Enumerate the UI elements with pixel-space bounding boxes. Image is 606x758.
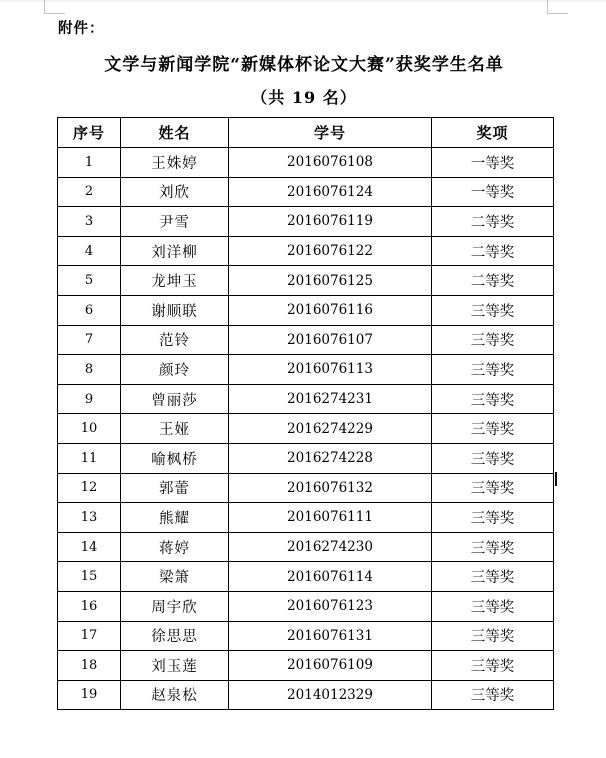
cell-name: 梁箫 xyxy=(121,562,229,592)
cell-award: 二等奖 xyxy=(432,207,554,237)
cell-student-id: 2014012329 xyxy=(229,680,432,710)
cell-name: 赵泉松 xyxy=(121,680,229,710)
cell-index: 5 xyxy=(58,266,121,296)
cell-student-id: 2016076125 xyxy=(229,266,432,296)
cell-index: 18 xyxy=(58,651,121,681)
cell-index: 7 xyxy=(58,325,121,355)
cell-name: 刘玉莲 xyxy=(121,651,229,681)
cell-award: 三等奖 xyxy=(432,562,554,592)
table-header-row: 序号 姓名 学号 奖项 xyxy=(58,118,554,148)
cell-name: 周宇欣 xyxy=(121,591,229,621)
margin-crop-mark-right xyxy=(547,0,568,14)
table-row: 13熊耀2016076111三等奖 xyxy=(58,503,554,533)
table-row: 19赵泉松2014012329三等奖 xyxy=(58,680,554,710)
cell-award: 三等奖 xyxy=(432,651,554,681)
cell-award: 三等奖 xyxy=(432,384,554,414)
cell-award: 三等奖 xyxy=(432,591,554,621)
cell-award: 三等奖 xyxy=(432,532,554,562)
cell-index: 8 xyxy=(58,355,121,385)
table-row: 10王娅2016274229三等奖 xyxy=(58,414,554,444)
text-cursor xyxy=(555,472,557,486)
cell-student-id: 2016076122 xyxy=(229,236,432,266)
document-subtitle: （共 19 名） xyxy=(44,85,564,108)
margin-crop-mark-left xyxy=(44,0,65,14)
cell-name: 郭蕾 xyxy=(121,473,229,503)
table-row: 17徐思思2016076131三等奖 xyxy=(58,621,554,651)
table-row: 15梁箫2016076114三等奖 xyxy=(58,562,554,592)
cell-student-id: 2016076131 xyxy=(229,621,432,651)
cell-name: 范铃 xyxy=(121,325,229,355)
cell-student-id: 2016076119 xyxy=(229,207,432,237)
award-winners-table: 序号 姓名 学号 奖项 1王姝婷2016076108一等奖2刘欣20160761… xyxy=(57,117,554,710)
cell-award: 二等奖 xyxy=(432,236,554,266)
cell-student-id: 2016076116 xyxy=(229,295,432,325)
cell-index: 11 xyxy=(58,443,121,473)
cell-student-id: 2016076111 xyxy=(229,503,432,533)
cell-student-id: 2016274228 xyxy=(229,443,432,473)
cell-name: 刘洋柳 xyxy=(121,236,229,266)
cell-award: 三等奖 xyxy=(432,473,554,503)
cell-student-id: 2016076108 xyxy=(229,148,432,178)
table-row: 7范铃2016076107三等奖 xyxy=(58,325,554,355)
cell-index: 10 xyxy=(58,414,121,444)
cell-index: 13 xyxy=(58,503,121,533)
cell-index: 19 xyxy=(58,680,121,710)
cell-index: 12 xyxy=(58,473,121,503)
table-row: 11喻枫桥2016274228三等奖 xyxy=(58,443,554,473)
cell-index: 1 xyxy=(58,148,121,178)
cell-index: 3 xyxy=(58,207,121,237)
cell-name: 王娅 xyxy=(121,414,229,444)
table-row: 3尹雪2016076119二等奖 xyxy=(58,207,554,237)
cell-index: 9 xyxy=(58,384,121,414)
document-page: { "page": { "attachment_label": "附件：", "… xyxy=(0,0,606,758)
cell-student-id: 2016076132 xyxy=(229,473,432,503)
cell-name: 喻枫桥 xyxy=(121,443,229,473)
cell-name: 曾丽莎 xyxy=(121,384,229,414)
header-award: 奖项 xyxy=(432,118,554,148)
header-student-id: 学号 xyxy=(229,118,432,148)
cell-award: 三等奖 xyxy=(432,443,554,473)
attachment-label: 附件： xyxy=(58,17,105,38)
cell-award: 三等奖 xyxy=(432,325,554,355)
cell-name: 熊耀 xyxy=(121,503,229,533)
header-index: 序号 xyxy=(58,118,121,148)
cell-name: 龙坤玉 xyxy=(121,266,229,296)
document-title: 文学与新闻学院“新媒体杯论文大赛”获奖学生名单 xyxy=(44,50,564,75)
table-row: 2刘欣2016076124一等奖 xyxy=(58,177,554,207)
cell-student-id: 2016274229 xyxy=(229,414,432,444)
cell-student-id: 2016274230 xyxy=(229,532,432,562)
table-body: 1王姝婷2016076108一等奖2刘欣2016076124一等奖3尹雪2016… xyxy=(58,148,554,710)
cell-index: 14 xyxy=(58,532,121,562)
cell-index: 16 xyxy=(58,591,121,621)
table-row: 6谢顺联2016076116三等奖 xyxy=(58,295,554,325)
cell-award: 三等奖 xyxy=(432,414,554,444)
table-row: 5龙坤玉2016076125二等奖 xyxy=(58,266,554,296)
cell-name: 颜玲 xyxy=(121,355,229,385)
cell-index: 17 xyxy=(58,621,121,651)
cell-award: 三等奖 xyxy=(432,295,554,325)
cell-award: 三等奖 xyxy=(432,355,554,385)
cell-student-id: 2016076109 xyxy=(229,651,432,681)
cell-student-id: 2016076107 xyxy=(229,325,432,355)
table-row: 14蒋婷2016274230三等奖 xyxy=(58,532,554,562)
table-row: 8颜玲2016076113三等奖 xyxy=(58,355,554,385)
cell-award: 三等奖 xyxy=(432,621,554,651)
cell-student-id: 2016076114 xyxy=(229,562,432,592)
table-row: 16周宇欣2016076123三等奖 xyxy=(58,591,554,621)
cell-award: 三等奖 xyxy=(432,503,554,533)
table-row: 12郭蕾2016076132三等奖 xyxy=(58,473,554,503)
page-top-edge xyxy=(0,0,606,3)
cell-index: 4 xyxy=(58,236,121,266)
header-name: 姓名 xyxy=(121,118,229,148)
cell-name: 谢顺联 xyxy=(121,295,229,325)
cell-student-id: 2016076123 xyxy=(229,591,432,621)
cell-name: 刘欣 xyxy=(121,177,229,207)
cell-name: 尹雪 xyxy=(121,207,229,237)
table-row: 4刘洋柳2016076122二等奖 xyxy=(58,236,554,266)
table-row: 1王姝婷2016076108一等奖 xyxy=(58,148,554,178)
cell-student-id: 2016274231 xyxy=(229,384,432,414)
cell-index: 15 xyxy=(58,562,121,592)
cell-index: 2 xyxy=(58,177,121,207)
cell-index: 6 xyxy=(58,295,121,325)
cell-award: 一等奖 xyxy=(432,148,554,178)
cell-student-id: 2016076124 xyxy=(229,177,432,207)
table-row: 18刘玉莲2016076109三等奖 xyxy=(58,651,554,681)
cell-student-id: 2016076113 xyxy=(229,355,432,385)
cell-award: 三等奖 xyxy=(432,680,554,710)
cell-name: 王姝婷 xyxy=(121,148,229,178)
cell-name: 蒋婷 xyxy=(121,532,229,562)
table-row: 9曾丽莎2016274231三等奖 xyxy=(58,384,554,414)
cell-award: 一等奖 xyxy=(432,177,554,207)
cell-award: 二等奖 xyxy=(432,266,554,296)
cell-name: 徐思思 xyxy=(121,621,229,651)
